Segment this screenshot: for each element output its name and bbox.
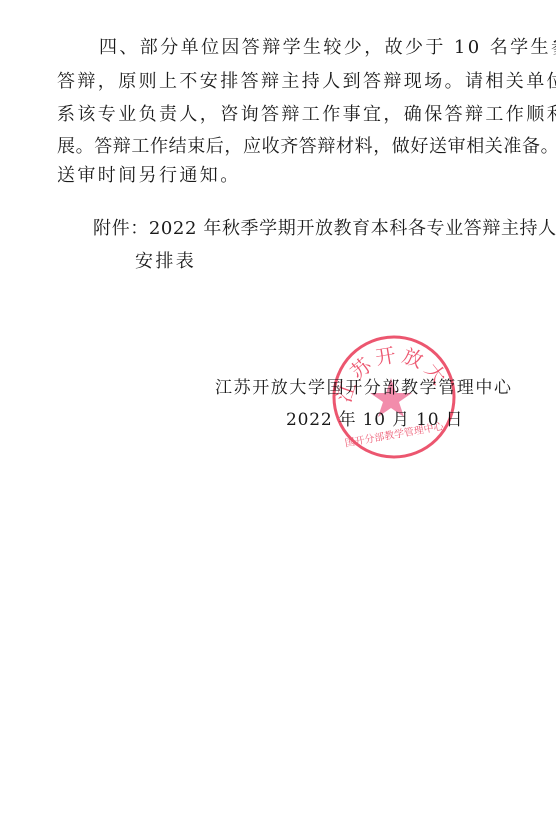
attachment-line-1: 附件：2022 年秋季学期开放教育本科各专业答辩主持人	[93, 218, 556, 240]
paragraph-line-5: 送审时间另行通知。	[57, 165, 241, 187]
paragraph-line-4: 展。答辩工作结束后，应收齐答辩材料，做好送审相关准备。	[57, 136, 556, 158]
attachment-line-2: 安排表	[135, 251, 196, 273]
paragraph-line-1: 四、部分单位因答辩学生较少，故少于 10 名学生参加	[99, 37, 556, 59]
attachment-label: 附件：	[93, 218, 149, 239]
paragraph-line-2: 答辩，原则上不安排答辩主持人到答辩现场。请相关单位联	[57, 71, 556, 93]
attachment-title: 2022 年秋季学期开放教育本科各专业答辩主持人	[149, 218, 556, 239]
official-seal-icon: 江苏开放大学 国开分部教学管理中心	[331, 334, 457, 460]
document-page: 四、部分单位因答辩学生较少，故少于 10 名学生参加 答辩，原则上不安排答辩主持…	[0, 0, 556, 826]
paragraph-line-3: 系该专业负责人，咨询答辩工作事宜，确保答辩工作顺利开	[57, 104, 556, 126]
